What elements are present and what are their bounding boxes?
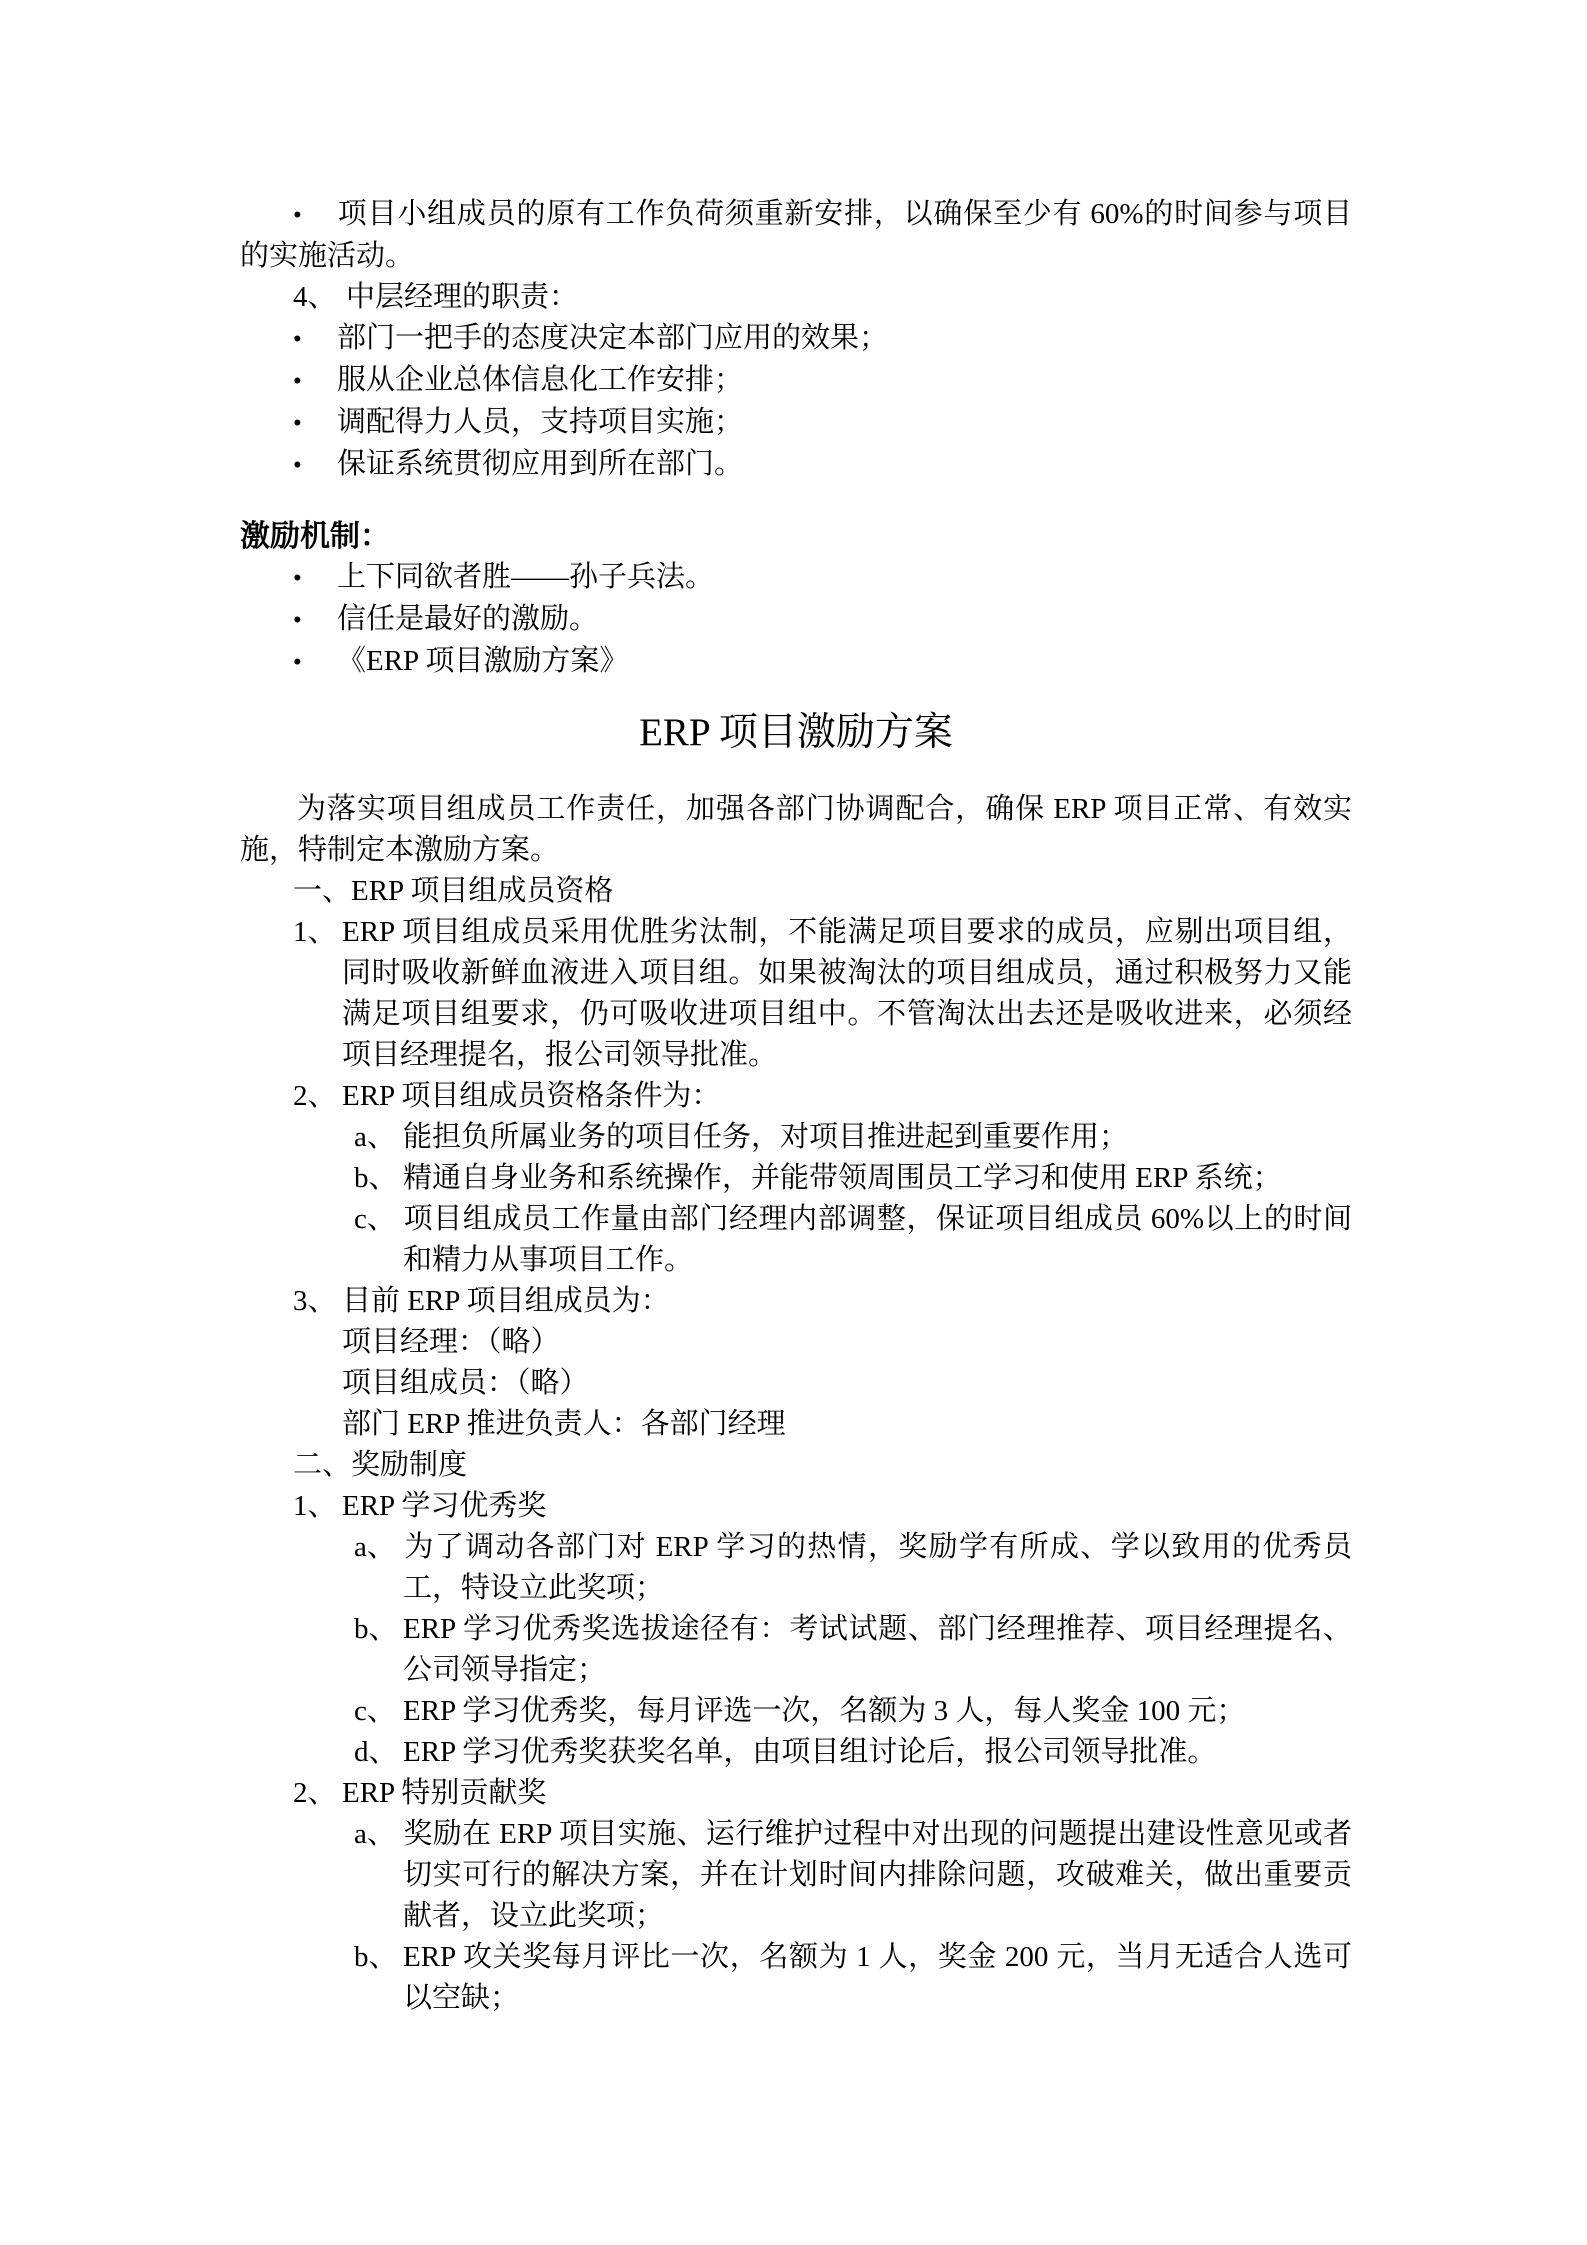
item-marker: 2、 (293, 1076, 342, 1117)
item-text: 奖励在 ERP 项目实施、运行维护过程中对出现的问题提出建设性意见或者切实可行的… (403, 1818, 1352, 1932)
bullet-icon: • (293, 600, 337, 641)
item-text: ERP 学习优秀奖获奖名单，由项目组讨论后，报公司领导批准。 (403, 1736, 1216, 1768)
item-marker: b、 (354, 1937, 403, 1978)
item-marker: b、 (354, 1158, 403, 1199)
member-line-project-manager: 项目经理：（略） (342, 1322, 1352, 1363)
incentive-mechanism-heading: 激励机制： (240, 516, 1352, 557)
item-text: 项目组成员工作量由部门经理内部调整，保证项目组成员 60%以上的时间和精力从事项… (403, 1203, 1352, 1276)
numbered-item-contribution-award: 2、ERP 特别贡献奖 (342, 1773, 1352, 1814)
item-text: ERP 特别贡献奖 (342, 1777, 546, 1809)
bullet-icon: • (293, 445, 337, 486)
item-4-marker: 4、 (293, 277, 346, 318)
intro-paragraph: 为落实项目组成员工作责任，加强各部门协调配合，确保 ERP 项目正常、有效实施，… (240, 789, 1352, 871)
item-text: 为了调动各部门对 ERP 学习的热情，奖励学有所成、学以致用的优秀员工，特设立此… (403, 1531, 1352, 1604)
item-marker: a、 (354, 1117, 403, 1158)
letter-item-a-purpose: a、为了调动各部门对 ERP 学习的热情，奖励学有所成、学以致用的优秀员工，特设… (403, 1527, 1352, 1609)
item-text: 目前 ERP 项目组成员为： (342, 1285, 670, 1317)
item-marker: d、 (354, 1732, 403, 1773)
bullet-icon: • (293, 558, 337, 599)
bullet-item-ensure-application: •保证系统贯彻应用到所在部门。 (240, 444, 1352, 486)
bullet-text: 保证系统贯彻应用到所在部门。 (337, 448, 743, 480)
numbered-item-learning-award: 1、ERP 学习优秀奖 (342, 1486, 1352, 1527)
bullet-text: 信任是最好的激励。 (337, 603, 598, 635)
bullet-item-sunzi: •上下同欲者胜——孙子兵法。 (240, 557, 1352, 599)
member-line-dept-leaders: 部门 ERP 推进负责人：各部门经理 (342, 1404, 1352, 1445)
item-text: ERP 学习优秀奖，每月评选一次，名额为 3 人，每人奖金 100 元； (403, 1695, 1245, 1727)
item-marker: c、 (354, 1691, 403, 1732)
item-text: ERP 项目组成员资格条件为： (342, 1080, 720, 1112)
item-text: 精通自身业务和系统操作，并能带领周围员工学习和使用 ERP 系统； (403, 1162, 1282, 1194)
bullet-text: 调配得力人员，支持项目实施； (337, 406, 743, 438)
letter-item-c-workload: c、项目组成员工作量由部门经理内部调整，保证项目组成员 60%以上的时间和精力从… (403, 1199, 1352, 1281)
numbered-item-4: 4、中层经理的职责： (240, 277, 1352, 318)
bullet-item-obey-plan: •服从企业总体信息化工作安排； (240, 360, 1352, 402)
letter-item-b-selection: b、ERP 学习优秀奖选拔途径有：考试试题、部门经理推荐、项目经理提名、公司领导… (403, 1609, 1352, 1691)
section-2-heading: 二、奖励制度 (240, 1445, 1352, 1486)
letter-item-b-proficiency: b、精通自身业务和系统操作，并能带领周围员工学习和使用 ERP 系统； (403, 1158, 1352, 1199)
section-1-heading: 一、ERP 项目组成员资格 (240, 871, 1352, 912)
bullet-item-workload: •项目小组成员的原有工作负荷须重新安排，以确保至少有 60%的时间参与项目的实施… (240, 194, 1352, 277)
document-page: •项目小组成员的原有工作负荷须重新安排，以确保至少有 60%的时间参与项目的实施… (0, 0, 1587, 2245)
letter-item-d-approval: d、ERP 学习优秀奖获奖名单，由项目组讨论后，报公司领导批准。 (403, 1732, 1352, 1773)
item-text: 能担负所属业务的项目任务，对项目推进起到重要作用； (403, 1121, 1128, 1153)
member-line-team-members: 项目组成员：（略） (342, 1363, 1352, 1404)
bullet-item-erp-plan-ref: •《ERP 项目激励方案》 (240, 641, 1352, 683)
item-marker: a、 (354, 1527, 403, 1568)
letter-item-b-monthly: b、ERP 攻关奖每月评比一次，名额为 1 人，奖金 200 元，当月无适合人选… (403, 1937, 1352, 2019)
numbered-item-membership-rule: 1、ERP 项目组成员采用优胜劣汰制，不能满足项目要求的成员，应剔出项目组，同时… (342, 912, 1352, 1076)
item-4-text: 中层经理的职责： (346, 281, 578, 313)
bullet-icon: • (293, 361, 337, 402)
item-marker: 3、 (293, 1281, 342, 1322)
item-marker: 1、 (293, 1486, 342, 1527)
letter-item-c-quota: c、ERP 学习优秀奖，每月评选一次，名额为 3 人，每人奖金 100 元； (403, 1691, 1352, 1732)
numbered-item-current-members: 3、目前 ERP 项目组成员为： (342, 1281, 1352, 1322)
bullet-icon: • (293, 195, 337, 236)
bullet-icon: • (293, 403, 337, 444)
bullet-text: 项目小组成员的原有工作负荷须重新安排，以确保至少有 60%的时间参与项目的实施活… (240, 198, 1352, 272)
letter-item-a-contribution: a、奖励在 ERP 项目实施、运行维护过程中对出现的问题提出建设性意见或者切实可… (403, 1814, 1352, 1937)
bullet-icon: • (293, 642, 337, 683)
item-text: ERP 学习优秀奖 (342, 1490, 546, 1522)
bullet-icon: • (293, 319, 337, 360)
item-text: ERP 项目组成员采用优胜劣汰制，不能满足项目要求的成员，应剔出项目组，同时吸收… (342, 916, 1352, 1071)
item-marker: 2、 (293, 1773, 342, 1814)
bullet-text: 部门一把手的态度决定本部门应用的效果； (337, 322, 888, 354)
bullet-item-department-head: •部门一把手的态度决定本部门应用的效果； (240, 318, 1352, 360)
bullet-item-trust: •信任是最好的激励。 (240, 599, 1352, 641)
item-text: ERP 攻关奖每月评比一次，名额为 1 人，奖金 200 元，当月无适合人选可以… (403, 1941, 1352, 2014)
item-marker: c、 (354, 1199, 403, 1240)
item-marker: 1、 (293, 912, 342, 953)
item-marker: a、 (354, 1814, 403, 1855)
item-text: ERP 学习优秀奖选拔途径有：考试试题、部门经理推荐、项目经理提名、公司领导指定… (403, 1613, 1352, 1686)
numbered-item-qualifications: 2、ERP 项目组成员资格条件为： (342, 1076, 1352, 1117)
bullet-text: 上下同欲者胜——孙子兵法。 (337, 561, 714, 593)
bullet-item-assign-staff: •调配得力人员，支持项目实施； (240, 402, 1352, 444)
bullet-text: 服从企业总体信息化工作安排； (337, 364, 743, 396)
page-title: ERP 项目激励方案 (240, 705, 1352, 761)
letter-item-a-task: a、能担负所属业务的项目任务，对项目推进起到重要作用； (403, 1117, 1352, 1158)
bullet-text: 《ERP 项目激励方案》 (337, 645, 628, 677)
item-marker: b、 (354, 1609, 403, 1650)
